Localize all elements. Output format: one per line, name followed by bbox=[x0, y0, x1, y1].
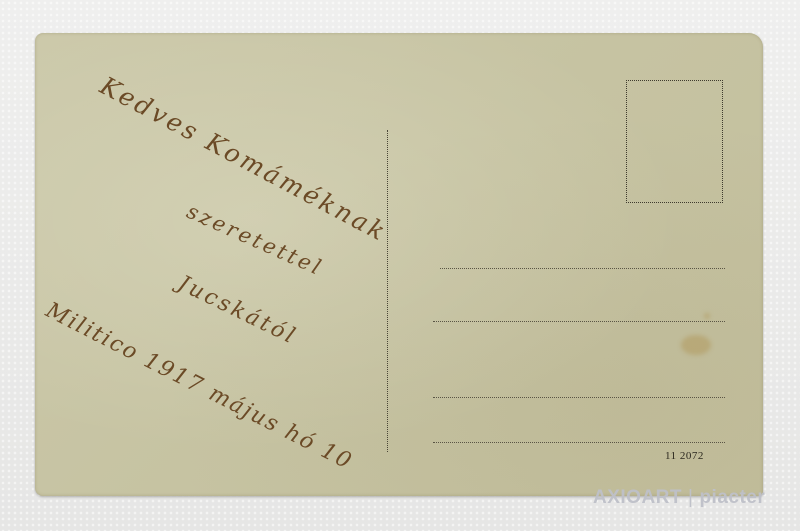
foxing-spot bbox=[704, 313, 710, 319]
address-line-4 bbox=[433, 442, 725, 443]
foxing-stain bbox=[681, 335, 711, 355]
address-line-2 bbox=[433, 321, 725, 322]
watermark-brand: AXIOART bbox=[593, 487, 682, 508]
stamp-placeholder-box bbox=[626, 80, 723, 203]
printed-code: 11 2072 bbox=[665, 450, 704, 462]
watermark: AXIOART|piacter bbox=[593, 487, 765, 509]
handwriting-signature: Jucskától bbox=[174, 271, 301, 350]
vertical-divider bbox=[387, 130, 388, 452]
watermark-sub: piacter bbox=[699, 487, 765, 508]
postcard-back: Kedves Komáméknak szeretettel Jucskától … bbox=[35, 33, 763, 496]
address-line-3 bbox=[433, 397, 725, 398]
handwriting-place-date: Militico 1917 május hó 10 bbox=[42, 298, 357, 475]
address-line-1 bbox=[440, 268, 725, 269]
handwriting-with-love: szeretettel bbox=[183, 199, 327, 281]
watermark-separator: | bbox=[688, 487, 693, 508]
